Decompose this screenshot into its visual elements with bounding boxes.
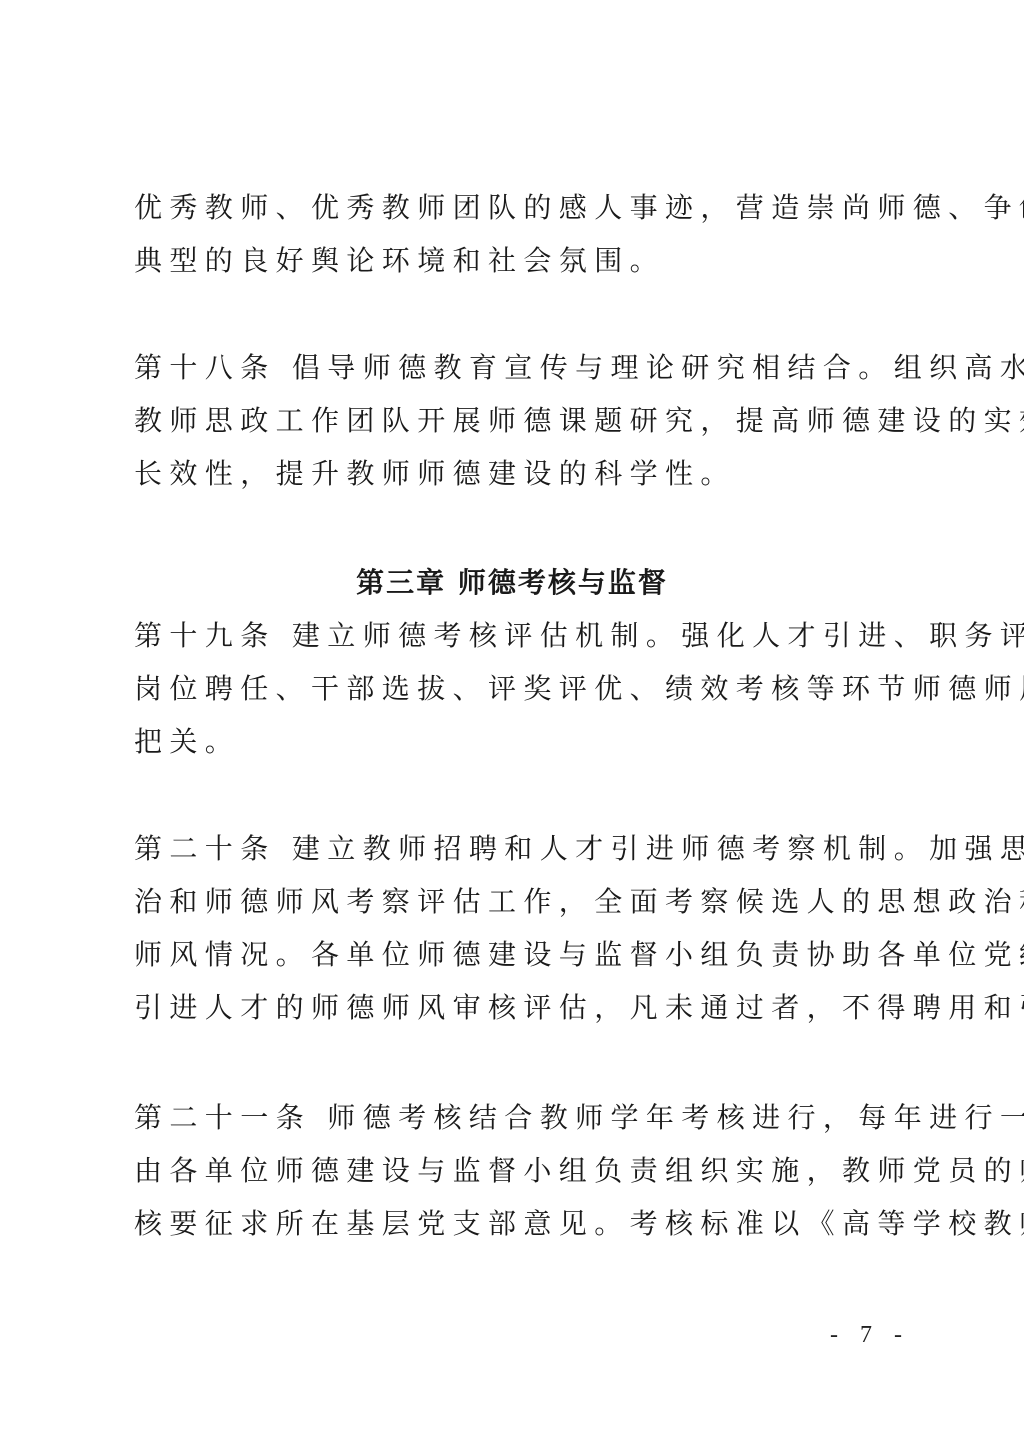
article-19-line: 把关。 xyxy=(134,724,894,760)
article-21-line: 核要征求所在基层党支部意见。考核标准以《高等学校教师职业 xyxy=(134,1206,894,1242)
article-20-line: 引进人才的师德师风审核评估，凡未通过者，不得聘用和引进。 xyxy=(134,990,894,1026)
article-20-line: 治和师德师风考察评估工作，全面考察候选人的思想政治和师德 xyxy=(134,884,894,920)
paragraph-line: 优秀教师、优秀教师团队的感人事迹，营造崇尚师德、争创师德 xyxy=(134,190,894,226)
article-18-line: 教师思政工作团队开展师德课题研究，提高师德建设的实效性和 xyxy=(134,403,894,439)
page-number: - 7 - xyxy=(830,1320,910,1350)
chapter-heading: 第三章 师德考核与监督 xyxy=(0,565,1024,601)
article-19-line: 第十九条 建立师德考核评估机制。强化人才引进、职务评审、 xyxy=(134,618,894,654)
article-19-line: 岗位聘任、干部选拔、评奖评优、绩效考核等环节师德师风审核 xyxy=(134,671,894,707)
article-21-line: 第二十一条 师德考核结合教师学年考核进行，每年进行一次， xyxy=(134,1100,894,1136)
article-18-line: 长效性，提升教师师德建设的科学性。 xyxy=(134,456,894,492)
document-page: 优秀教师、优秀教师团队的感人事迹，营造崇尚师德、争创师德 典型的良好舆论环境和社… xyxy=(0,0,1024,1448)
article-20-line: 师风情况。各单位师德建设与监督小组负责协助各单位党组织对 xyxy=(134,937,894,973)
article-20-line: 第二十条 建立教师招聘和人才引进师德考察机制。加强思想政 xyxy=(134,831,894,867)
article-21-line: 由各单位师德建设与监督小组负责组织实施，教师党员的师德考 xyxy=(134,1153,894,1189)
article-18-line: 第十八条 倡导师德教育宣传与理论研究相结合。组织高水平的 xyxy=(134,350,894,386)
paragraph-line: 典型的良好舆论环境和社会氛围。 xyxy=(134,243,894,279)
